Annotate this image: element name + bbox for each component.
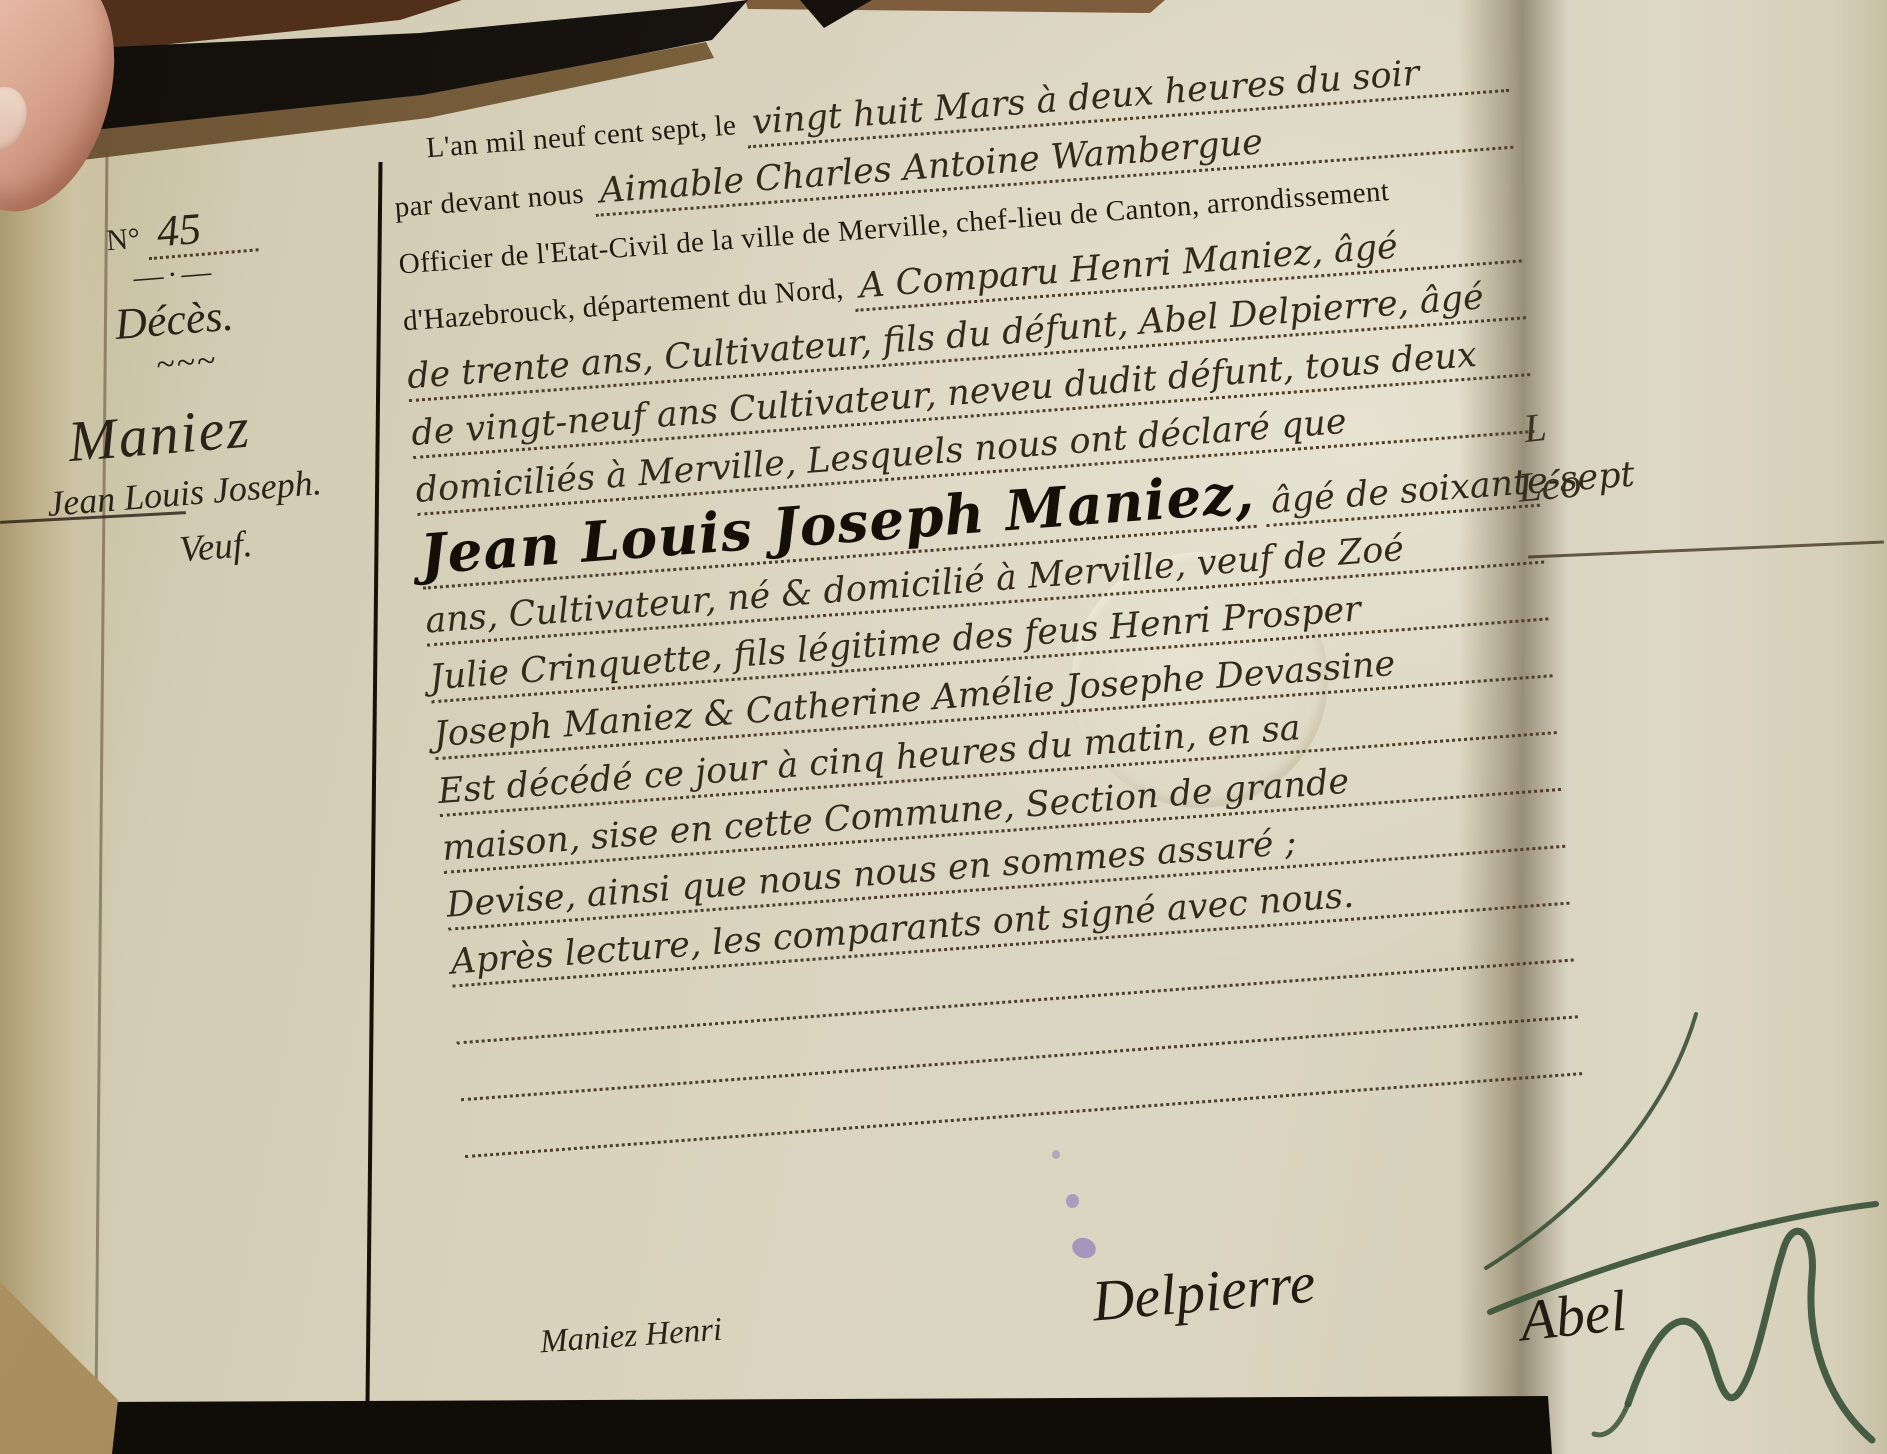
- ink-stain: [1052, 1150, 1060, 1159]
- fingernail: [0, 76, 38, 164]
- margin-annotations: N° 45 —·— Décès. ~~~ Maniez Jean Louis J…: [86, 188, 414, 577]
- ink-stain: [1066, 1194, 1079, 1208]
- officer-signature-flourish: [1428, 976, 1887, 1454]
- act-number-label: N°: [105, 222, 141, 258]
- act-number-value: 45: [145, 199, 259, 260]
- photographed-register-page: L Léo N° 45 —·— Décès. ~~~ Maniez Jean L…: [0, 0, 1887, 1454]
- act-body: L'an mil neuf cent sept, le vingt huit M…: [388, 35, 1582, 1158]
